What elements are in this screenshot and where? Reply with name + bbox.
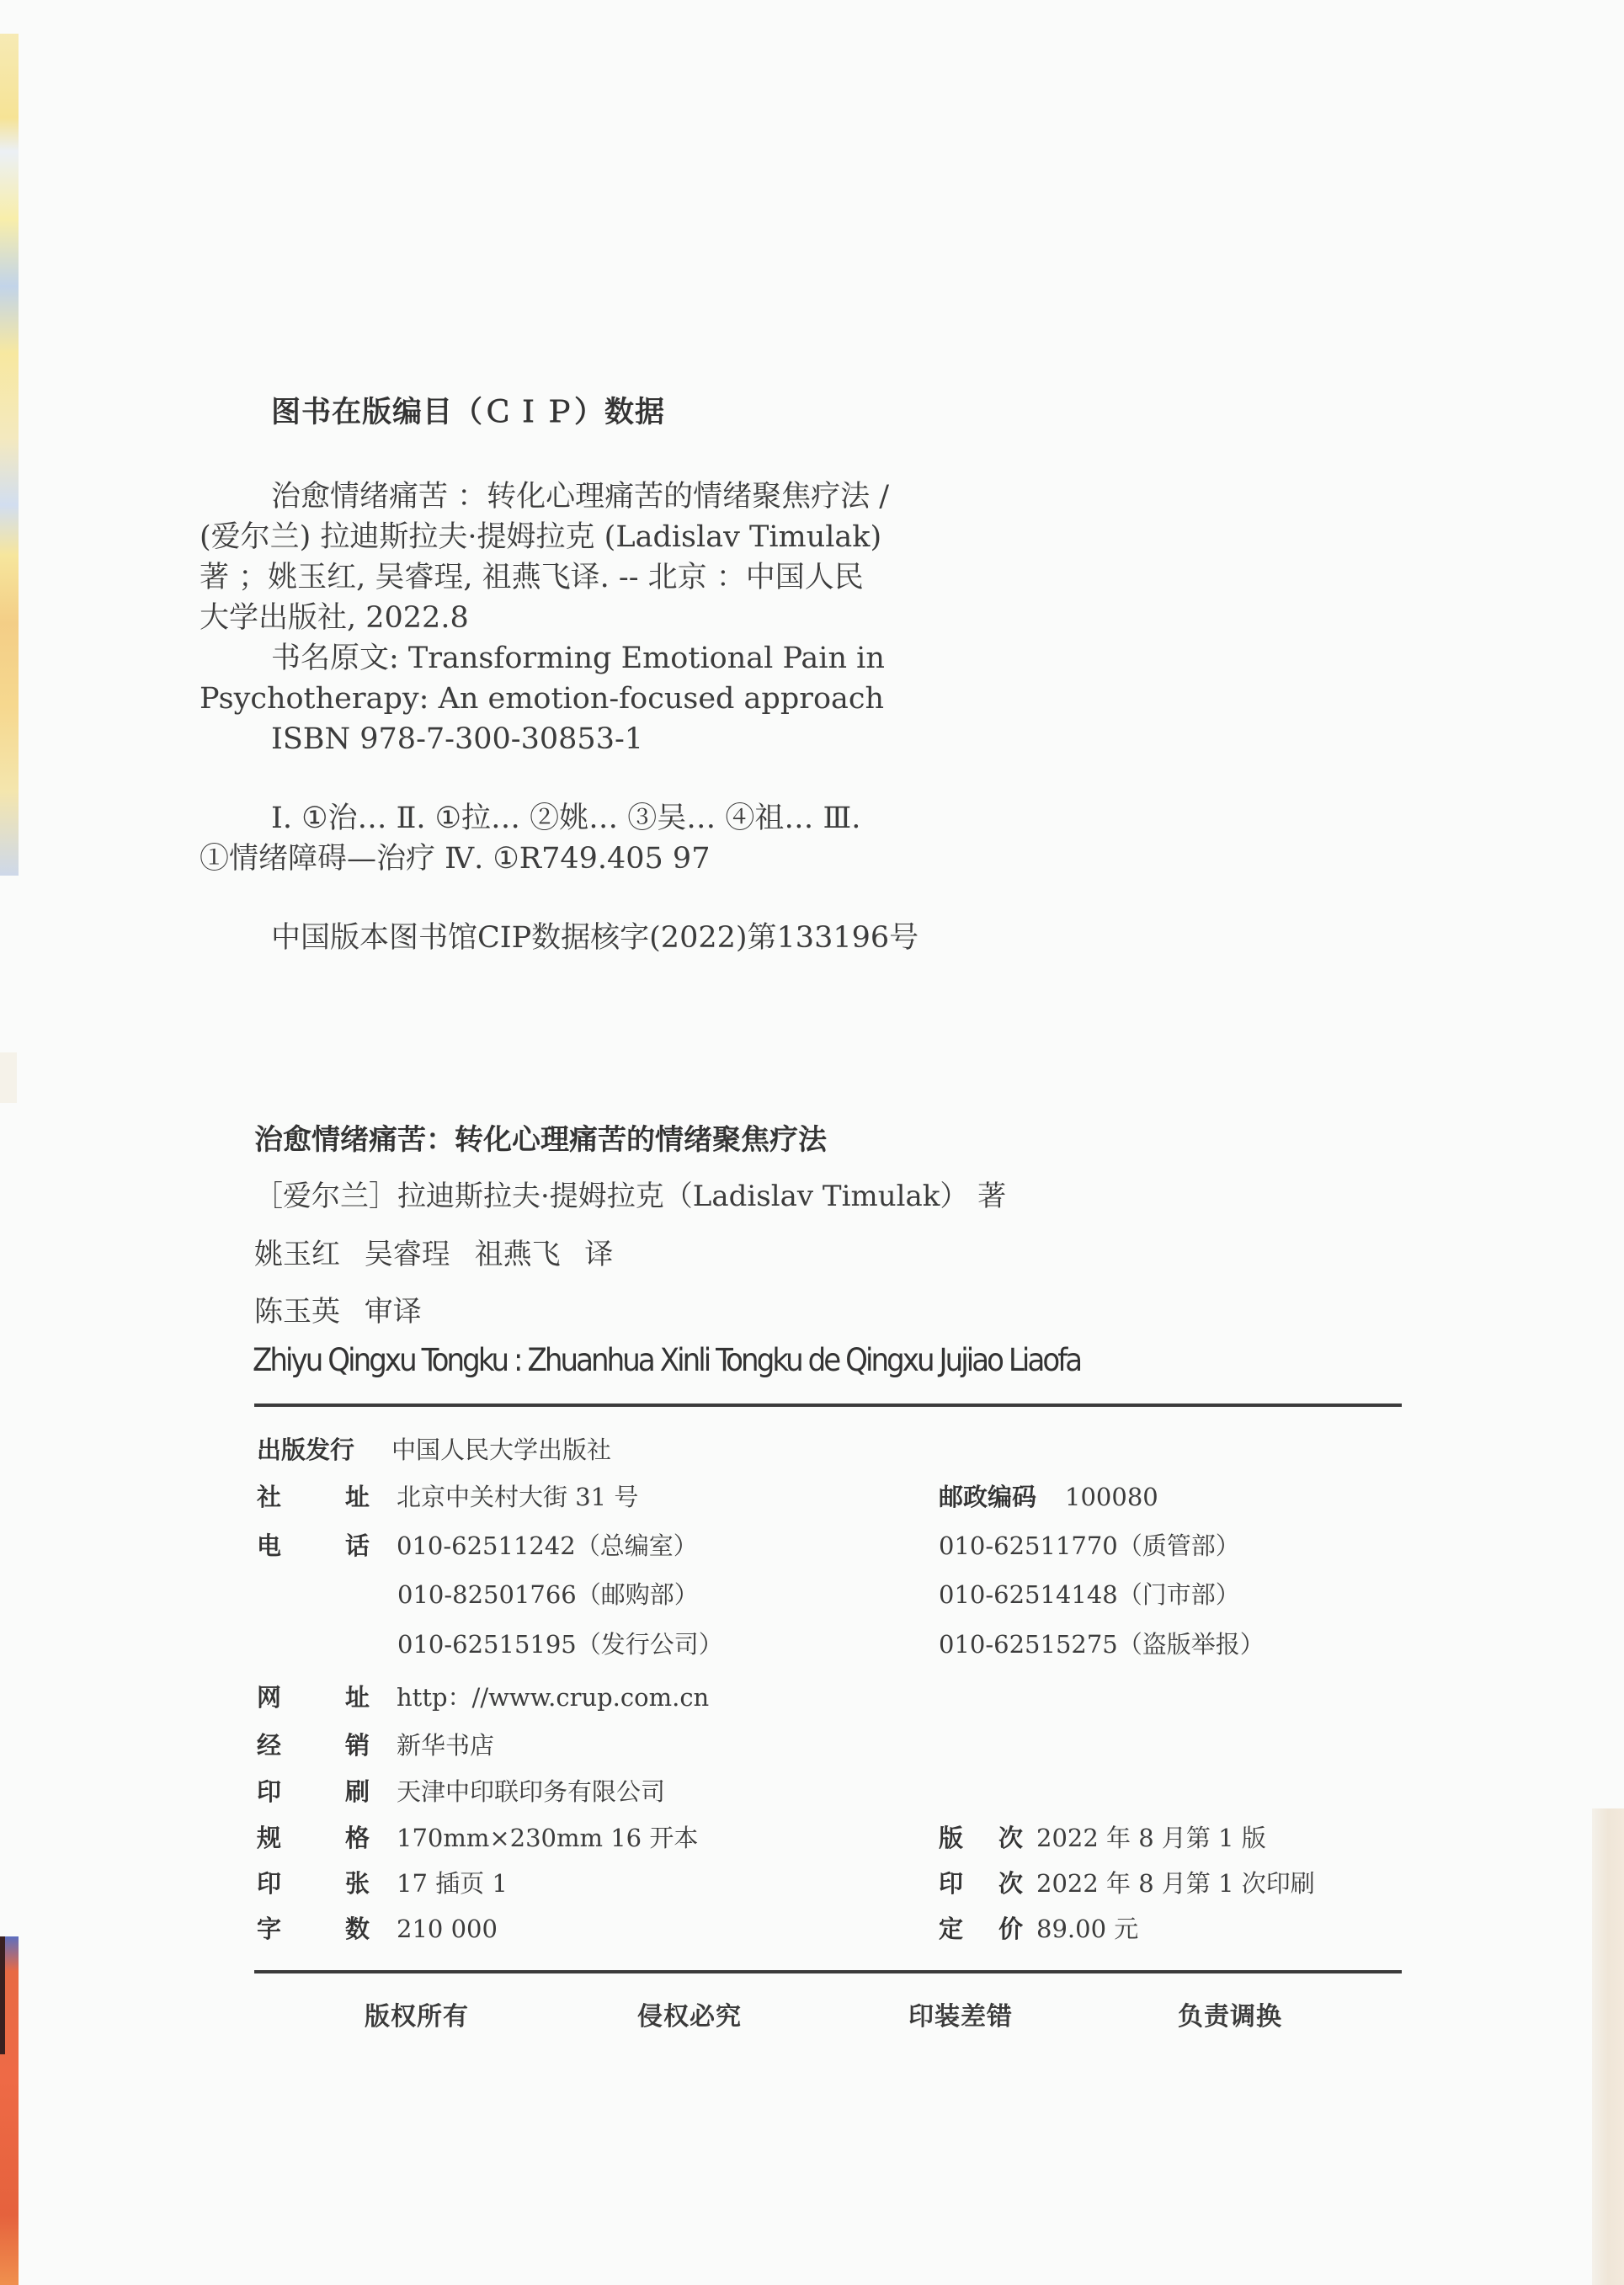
printer-value: 天津中印联印务有限公司 [397,1777,665,1806]
address-label: 社址 [257,1482,370,1512]
cip-line-title: 治愈情绪痛苦 ：转化心理痛苦的情绪聚焦疗法 / [200,477,1109,517]
row-edition: 版次2022 年 8 月第 1 版 [939,1823,1266,1853]
cip-record-number: 中国版本图书馆CIP数据核字(2022)第133196号 [200,918,1109,958]
bottom-divider [254,1970,1402,1973]
row-word-count: 字数210 000 [257,1914,498,1944]
row-printer: 印刷天津中印联印务有限公司 [257,1776,665,1807]
impression-label: 印次 [939,1868,1023,1899]
cip-line-translators: 著 ；姚玉红, 吴睿珵, 祖燕飞译. -- 北京 ：中国人民 [200,557,1109,598]
book-author: ［爱尔兰］拉迪斯拉夫·提姆拉克（Ladislav Timulak） 著 [254,1173,1006,1214]
row-format: 规格170mm×230mm 16 开本 [257,1823,698,1853]
word-count-value: 210 000 [397,1915,498,1943]
row-phone: 电话010-62511242（总编室） [257,1531,698,1561]
row-sheets: 印张17 插页 1 [257,1868,508,1899]
format-label: 规格 [257,1823,370,1853]
sheets-value: 17 插页 1 [397,1869,508,1898]
printer-label: 印刷 [257,1776,370,1807]
cip-spacer [200,879,1109,918]
cip-line-author: (爱尔兰) 拉迪斯拉夫·提姆拉克 (Ladislav Timulak) [200,517,1109,557]
price-value: 89.00 元 [1036,1915,1138,1943]
cip-record: 治愈情绪痛苦 ：转化心理痛苦的情绪聚焦疗法 / (爱尔兰) 拉迪斯拉夫·提姆拉克… [200,477,1109,958]
publisher-label: 出版发行 [257,1435,391,1465]
address-value: 北京中关村大街 31 号 [397,1483,638,1511]
phone-value-right-2: 010-62514148（门市部） [939,1579,1240,1610]
top-divider [254,1403,1402,1407]
word-count-label: 字数 [257,1914,370,1944]
scan-edge-left-top [0,34,19,876]
phone-value-right-3: 010-62515275（盗版举报） [939,1629,1265,1659]
row-distributor: 经销新华书店 [257,1730,494,1760]
scan-edge-left-mid [0,1052,17,1103]
cip-line-isbn: ISBN 978-7-300-30853-1 [200,719,1109,759]
impression-value: 2022 年 8 月第 1 次印刷 [1036,1869,1315,1898]
phone-label: 电话 [257,1531,370,1561]
cip-classification-2: ①情绪障碍—治疗 Ⅳ. ①R749.405 97 [200,839,1109,879]
book-title: 治愈情绪痛苦：转化心理痛苦的情绪聚焦疗法 [254,1116,827,1158]
phone-value-2: 010-82501766（邮购部） [397,1579,699,1610]
slogan-infringement: 侵权必究 [637,1995,742,2032]
row-impression: 印次2022 年 8 月第 1 次印刷 [939,1868,1315,1899]
row-publisher: 出版发行中国人民大学出版社 [257,1435,611,1465]
row-website: 网址http：//www.crup.com.cn [257,1682,709,1712]
row-postcode: 邮政编码100080 [939,1482,1158,1512]
website-value: http：//www.crup.com.cn [397,1683,709,1712]
book-pinyin-title: Zhiyu Qingxu Tongku : Zhuanhua Xinli Ton… [253,1342,1080,1378]
phone-value-3: 010-62515195（发行公司） [397,1629,723,1659]
row-price: 定价89.00 元 [939,1914,1138,1944]
format-value: 170mm×230mm 16 开本 [397,1824,698,1852]
edition-value: 2022 年 8 月第 1 版 [1036,1824,1266,1852]
cip-line-original-title: 书名原文: Transforming Emotional Pain in [200,638,1109,679]
cip-classification-1: Ⅰ. ①治… Ⅱ. ①拉… ②姚… ③吴… ④祖… Ⅲ. [200,798,1109,839]
postcode-label: 邮政编码 [939,1483,1036,1511]
publisher-value: 中国人民大学出版社 [391,1435,611,1464]
cip-heading: 图书在版编目（ＣＩＰ）数据 [271,389,665,431]
cip-line-publisher: 大学出版社, 2022.8 [200,598,1109,638]
scan-edge-left-bottom-shadow [0,1936,5,2054]
book-translators: 姚玉红 吴睿珵 祖燕飞 译 [254,1231,613,1272]
postcode-value: 100080 [1065,1483,1158,1511]
cip-line-original-title-cont: Psychotherapy: An emotion-focused approa… [200,679,1109,719]
cip-spacer [200,759,1109,798]
phone-value-right-1: 010-62511770（质管部） [939,1531,1240,1561]
slogan-copyright: 版权所有 [365,1995,469,2032]
edition-label: 版次 [939,1823,1023,1853]
slogan-printing-errors: 印装差错 [908,1995,1013,2032]
price-label: 定价 [939,1914,1023,1944]
website-label: 网址 [257,1682,370,1712]
slogan-replacement: 负责调换 [1178,1995,1282,2032]
distributor-label: 经销 [257,1730,370,1760]
phone-value-1: 010-62511242（总编室） [397,1531,698,1560]
row-address: 社址北京中关村大街 31 号 [257,1482,638,1512]
scan-edge-right [1592,1808,1624,2285]
sheets-label: 印张 [257,1868,370,1899]
book-reviewer: 陈玉英 审译 [254,1288,422,1329]
distributor-value: 新华书店 [397,1731,494,1760]
